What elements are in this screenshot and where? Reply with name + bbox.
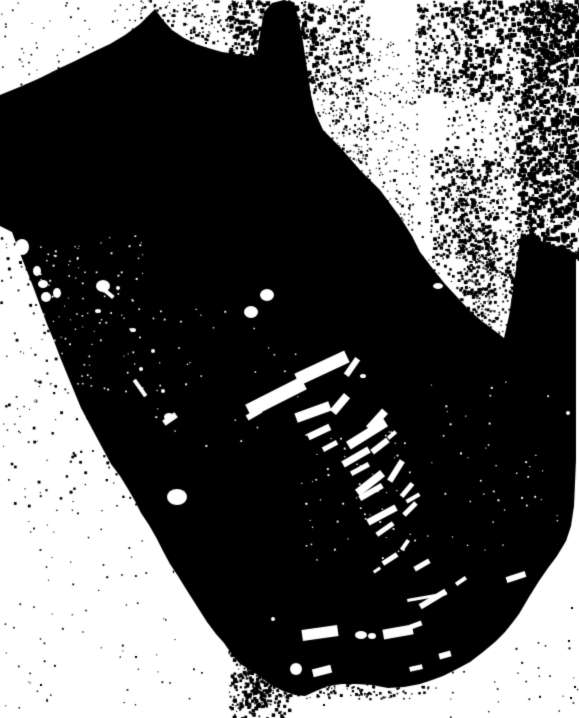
page-root [0, 0, 579, 718]
photocopied-photo-canvas [0, 0, 579, 718]
scanned-photo-figure [0, 0, 579, 718]
